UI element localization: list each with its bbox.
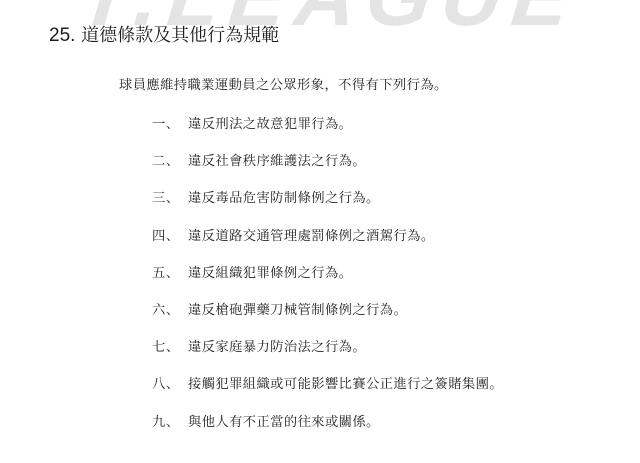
rule-text: 違反社會秩序維護法之行為。 [188,152,366,172]
rule-number: 四、 [152,227,188,247]
rule-text: 違反毒品危害防制條例之行為。 [188,189,380,209]
rule-number: 七、 [152,338,188,358]
rule-text: 與他人有不正當的往來或關係。 [188,413,380,433]
intro-paragraph: 球員應維持職業運動員之公眾形象，不得有下列行為。 [119,76,448,96]
rule-text: 違反組織犯罪條例之行為。 [188,264,352,284]
rule-number: 二、 [152,152,188,172]
rule-item: 三、 違反毒品危害防制條例之行為。 [152,189,503,226]
rule-item: 八、 接觸犯罪組織或可能影響比賽公正進行之簽賭集團。 [152,375,503,412]
rule-item: 九、 與他人有不正當的往來或關係。 [152,413,503,450]
rule-list: 一、 違反刑法之故意犯罪行為。 二、 違反社會秩序維護法之行為。 三、 違反毒品… [152,115,503,450]
rule-item: 七、 違反家庭暴力防治法之行為。 [152,338,503,375]
rule-text: 違反道路交通管理處罰條例之酒駕行為。 [188,227,435,247]
rule-text: 違反槍砲彈藥刀械管制條例之行為。 [188,301,407,321]
rule-item: 五、 違反組織犯罪條例之行為。 [152,264,503,301]
rule-number: 五、 [152,264,188,284]
section-heading: 25. 道德條款及其他行為規範 [49,24,279,48]
section-number: 25. [49,25,75,46]
rule-number: 三、 [152,189,188,209]
section-title: 道德條款及其他行為規範 [81,25,279,46]
rule-text: 接觸犯罪組織或可能影響比賽公正進行之簽賭集團。 [188,375,503,395]
rule-item: 六、 違反槍砲彈藥刀械管制條例之行為。 [152,301,503,338]
rule-item: 四、 違反道路交通管理處罰條例之酒駕行為。 [152,227,503,264]
rule-number: 六、 [152,301,188,321]
rule-item: 二、 違反社會秩序維護法之行為。 [152,152,503,189]
rule-number: 八、 [152,375,188,395]
rule-number: 九、 [152,413,188,433]
rule-item: 一、 違反刑法之故意犯罪行為。 [152,115,503,152]
rule-text: 違反家庭暴力防治法之行為。 [188,338,366,358]
rule-number: 一、 [152,115,188,135]
rule-text: 違反刑法之故意犯罪行為。 [188,115,352,135]
